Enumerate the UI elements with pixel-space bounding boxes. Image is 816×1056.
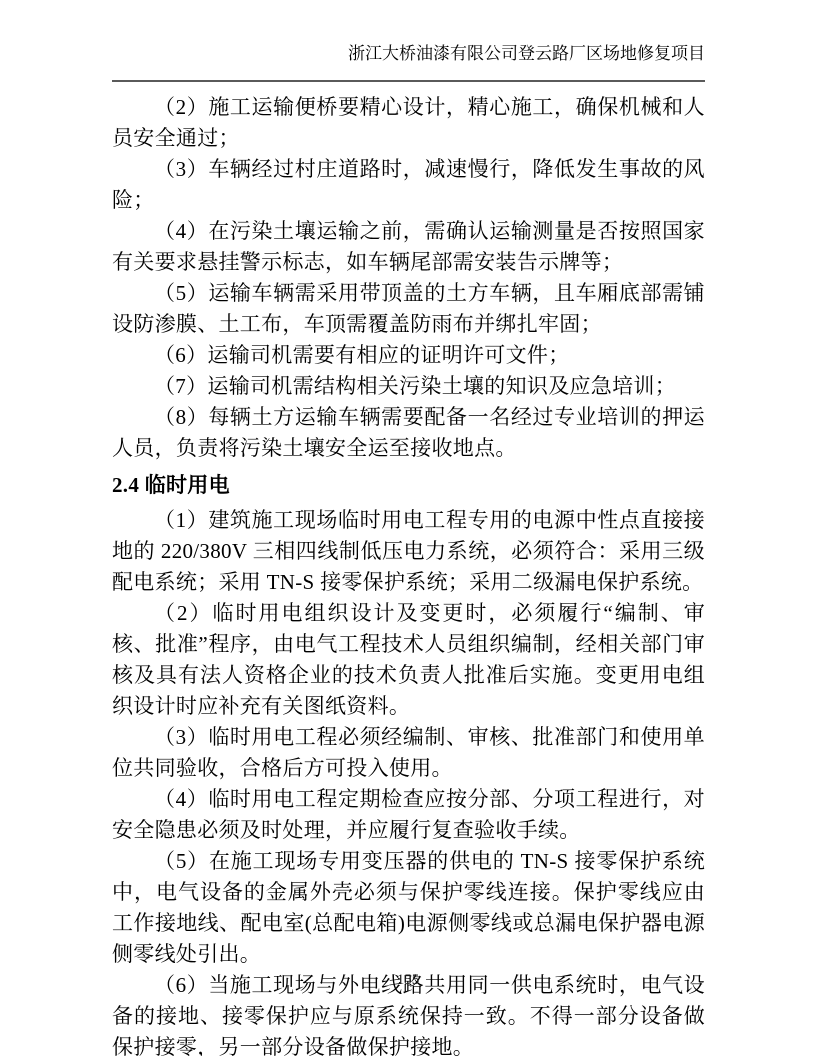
paragraph: （7）运输司机需结构相关污染土壤的知识及应急培训； (112, 371, 705, 402)
paragraph: （4）临时用电工程定期检查应按分部、分项工程进行，对安全隐患必须及时处理，并应履… (112, 784, 705, 846)
section-heading: 2.4 临时用电 (112, 470, 705, 501)
paragraph: （3）临时用电工程必须经编制、审核、批准部门和使用单位共同验收，合格后方可投入使… (112, 722, 705, 784)
paragraph: （2）临时用电组织设计及变更时，必须履行“编制、审核、批准”程序，由电气工程技术… (112, 598, 705, 722)
page-footer: 155 (0, 972, 816, 989)
page-header: 浙江大桥油漆有限公司登云路厂区场地修复项目 (112, 42, 705, 82)
header-title: 浙江大桥油漆有限公司登云路厂区场地修复项目 (348, 44, 705, 63)
paragraph: （6）运输司机需要有相应的证明许可文件； (112, 340, 705, 371)
paragraph: （5）运输车辆需采用带顶盖的土方车辆，且车厢底部需铺设防渗膜、土工布，车顶需覆盖… (112, 278, 705, 340)
document-page: 浙江大桥油漆有限公司登云路厂区场地修复项目 （2）施工运输便桥要精心设计，精心施… (0, 0, 816, 1056)
page-number: 155 (397, 972, 420, 988)
paragraph: （3）车辆经过村庄道路时，减速慢行，降低发生事故的风险； (112, 154, 705, 216)
paragraph: （4）在污染土壤运输之前，需确认运输测量是否按照国家有关要求悬挂警示标志，如车辆… (112, 216, 705, 278)
paragraph: （2）施工运输便桥要精心设计，精心施工，确保机械和人员安全通过； (112, 92, 705, 154)
paragraph: （5）在施工现场专用变压器的供电的 TN-S 接零保护系统中，电气设备的金属外壳… (112, 846, 705, 970)
document-body: （2）施工运输便桥要精心设计，精心施工，确保机械和人员安全通过； （3）车辆经过… (112, 92, 705, 1056)
paragraph: （8）每辆土方运输车辆需要配备一名经过专业培训的押运人员，负责将污染土壤安全运至… (112, 402, 705, 464)
paragraph: （1）建筑施工现场临时用电工程专用的电源中性点直接接地的 220/380V 三相… (112, 505, 705, 598)
